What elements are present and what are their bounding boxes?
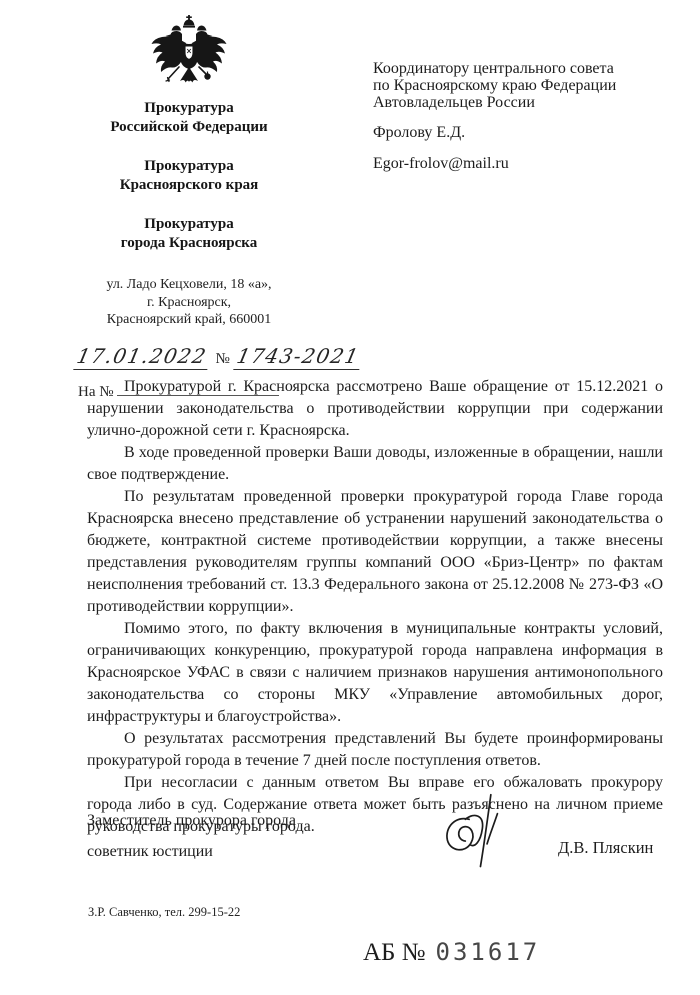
letter-body: Прокуратурой г. Красноярска рассмотрено …: [87, 376, 663, 838]
paragraph-3: По результатам проведенной проверки прок…: [87, 486, 663, 618]
blank-number-stamp: АБ № 031617: [363, 938, 540, 967]
blank-series: АБ №: [363, 939, 426, 966]
handwritten-outgoing-number: 1743-2021: [233, 344, 365, 370]
paragraph-5: О результатах рассмотрения представлений…: [87, 728, 663, 772]
outgoing-date-row: 17.01.2022 № 1743-2021: [58, 344, 320, 370]
blank-number: 031617: [436, 938, 541, 966]
paragraph-2: В ходе проведенной проверки Ваши доводы,…: [87, 442, 663, 486]
letterhead: Прокуратура Российской Федерации Прокура…: [58, 14, 320, 401]
address-line-street: ул. Ладо Кецховели, 18 «а»,: [58, 276, 320, 294]
paragraph-4: Помимо этого, по факту включения в муниц…: [87, 618, 663, 728]
paragraph-1: Прокуратурой г. Красноярска рассмотрено …: [87, 376, 663, 442]
signer-position: Заместитель прокурора города советник юс…: [87, 812, 296, 861]
executor-contact: З.Р. Савченко, тел. 299-15-22: [88, 905, 240, 920]
signer-name: Д.В. Пляскин: [558, 838, 653, 858]
recipient-org-line2: по Красноярскому краю Федерации: [373, 77, 673, 94]
org-city-line2: города Красноярска: [121, 235, 257, 251]
signature-icon: [437, 791, 522, 881]
handwritten-date: 17.01.2022: [73, 344, 212, 370]
recipient-email: Egor-frolov@mail.ru: [373, 155, 673, 173]
org-krai: Прокуратура Красноярского края: [58, 157, 320, 195]
recipient-org-line1: Координатору центрального совета: [373, 60, 673, 77]
signer-position-line1: Заместитель прокурора города: [87, 812, 296, 830]
address-line-region: Красноярский край, 660001: [58, 311, 320, 329]
signer-position-line2: советник юстиции: [87, 843, 296, 861]
org-krai-line1: Прокуратура: [144, 158, 233, 174]
recipient-block: Координатору центрального совета по Крас…: [373, 60, 673, 173]
number-sign: №: [216, 351, 230, 367]
coat-of-arms-icon: [58, 14, 320, 91]
org-federal-line2: Российской Федерации: [110, 119, 267, 135]
scanned-letter-page: Прокуратура Российской Федерации Прокура…: [0, 0, 700, 995]
org-federal: Прокуратура Российской Федерации: [58, 99, 320, 137]
sender-address: ул. Ладо Кецховели, 18 «а», г. Красноярс…: [58, 276, 320, 329]
org-city-line1: Прокуратура: [144, 216, 233, 232]
recipient-name: Фролову Е.Д.: [373, 124, 673, 142]
org-krai-line2: Красноярского края: [120, 177, 259, 193]
address-line-city: г. Красноярск,: [58, 294, 320, 312]
org-city: Прокуратура города Красноярска: [58, 215, 320, 253]
recipient-org-line3: Автовладельцев России: [373, 94, 673, 111]
org-federal-line1: Прокуратура: [144, 100, 233, 116]
